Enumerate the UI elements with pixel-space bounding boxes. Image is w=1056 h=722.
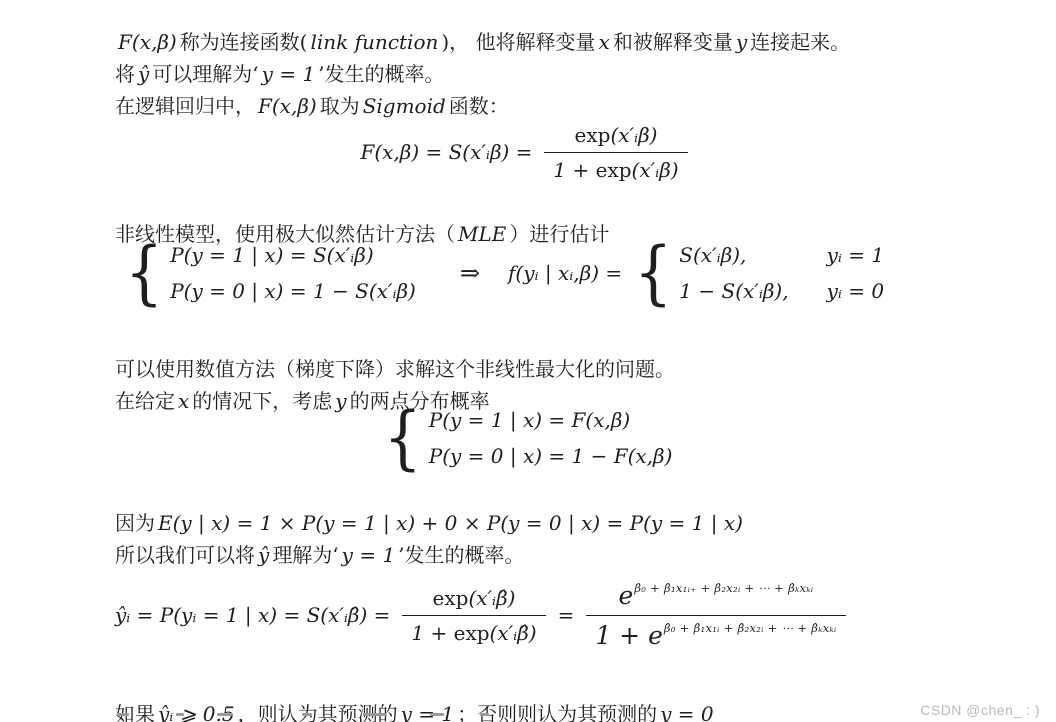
formula-prediction: ŷᵢ = P(yᵢ = 1 | x) = S(x′ᵢβ̂) = exp(x′ᵢβ… <box>115 562 854 668</box>
fraction-exp: exp(x′ᵢβ̂) 1 + exp(x′ᵢβ̂) <box>402 586 545 645</box>
clipped-line-fragments <box>115 713 675 719</box>
numerator: eβ̂₀ + β̂₁x₁ᵢ₊ + β̂₂x₂ᵢ + ⋯ + β̂ₖxₖᵢ <box>610 581 823 615</box>
paragraph-expectation: 因为E(y | x) = 1 × P(y = 1 | x) + 0 × P(y … <box>115 507 746 536</box>
exp-argument: (x′ᵢβ) <box>610 123 657 147</box>
case-expression: 1 − S(x′ᵢβ), <box>679 277 788 305</box>
exp-operator: exp <box>433 586 469 610</box>
cases-grid: S(x′ᵢβ), yᵢ = 1 1 − S(x′ᵢβ), yᵢ = 0 <box>679 241 884 305</box>
equals-sign: = <box>558 603 575 627</box>
text-fragment <box>302 713 312 716</box>
text-fragment <box>430 713 444 716</box>
math-F-x-beta: F(x,β) <box>118 30 177 54</box>
exp-argument: (x′ᵢβ̂) <box>468 586 515 610</box>
fraction-e-power: eβ̂₀ + β̂₁x₁ᵢ₊ + β̂₂x₂ᵢ + ⋯ + β̂ₖxₖᵢ 1 +… <box>586 581 845 650</box>
cases-right: { S(x′ᵢβ), yᵢ = 1 1 − S(x′ᵢβ), yᵢ = 0 <box>634 241 884 305</box>
math-y-equals-1: y = 1 <box>262 62 316 86</box>
text-run: 称为连接函数( <box>180 30 308 54</box>
numerator: exp(x′ᵢβ̂) <box>424 586 525 615</box>
implies-arrow: ⇒ <box>460 259 480 287</box>
density-lhs: f(yᵢ | xᵢ,β) = <box>508 261 622 285</box>
case-row: P(y = 1 | x) = S(x′ᵢβ) <box>170 241 416 269</box>
left-brace: { <box>384 407 422 469</box>
text-run: )， 他将解释变量 <box>441 30 595 54</box>
text-run: 因为 <box>115 511 155 535</box>
text-run: 将 <box>115 62 135 86</box>
paragraph-yhat-probability: 将ŷ可以理解为‘y = 1’发生的概率。 <box>115 58 445 87</box>
case-row: P(y = 0 | x) = 1 − F(x,β) <box>429 442 673 470</box>
case-expression: S(x′ᵢβ), <box>679 241 788 269</box>
formula-sigmoid: F(x,β) = S(x′ᵢβ) = exp(x′ᵢβ) 1 + exp(x′ᵢ… <box>0 112 1056 192</box>
exp-operator: exp <box>454 621 490 645</box>
case-row: P(y = 0 | x) = 1 − S(x′ᵢβ) <box>170 277 416 305</box>
case-condition: yᵢ = 1 <box>827 241 885 269</box>
exponent: β̂₀ + β̂₁x₁ᵢ + β̂₂x₂ᵢ + ⋯ + β̂ₖxₖᵢ <box>664 621 837 635</box>
math-link-function: link function <box>311 30 439 54</box>
exp-argument: (x′ᵢβ) <box>632 158 679 182</box>
math-y: y <box>736 30 747 54</box>
math-yhat: ŷ <box>138 62 149 86</box>
denominator: 1 + eβ̂₀ + β̂₁x₁ᵢ + β̂₂x₂ᵢ + ⋯ + β̂ₖxₖᵢ <box>586 615 845 650</box>
math-x: x <box>599 30 610 54</box>
text-run: ’发生的概率。 <box>318 62 444 86</box>
math-y-equals-0: y = 0 <box>660 702 714 722</box>
exp-operator: exp <box>575 123 611 147</box>
exp-argument: (x′ᵢβ̂) <box>490 621 537 645</box>
csdn-watermark: CSDN @chen_ : ) <box>920 702 1040 718</box>
e-base: e <box>619 581 634 610</box>
text-fragment <box>217 713 233 716</box>
case-row: P(y = 1 | x) = F(x,β) <box>429 406 673 434</box>
left-brace: { <box>634 242 672 304</box>
text-fragment <box>363 713 387 716</box>
fraction: exp(x′ᵢβ) 1 + exp(x′ᵢβ) <box>544 123 687 182</box>
cases-rows: P(y = 1 | x) = F(x,β) P(y = 0 | x) = 1 −… <box>429 406 673 470</box>
text-run: 可以理解为‘ <box>152 62 258 86</box>
den-prefix: 1 + <box>553 158 595 182</box>
text-run: 连接起来。 <box>750 30 850 54</box>
exp-operator: exp <box>596 158 632 182</box>
text-run: 和被解释变量 <box>613 30 733 54</box>
formula-lhs: ŷᵢ = P(yᵢ = 1 | x) = S(x′ᵢβ̂) = <box>115 603 390 627</box>
text-fragment <box>480 713 489 716</box>
document-page: F(x,β)称为连接函数(link function)， 他将解释变量x和被解释… <box>0 0 1056 722</box>
text-run: 可以使用数值方法（梯度下降）求解这个非线性最大化的问题。 <box>115 357 675 381</box>
e-base: 1 + e <box>595 621 663 650</box>
cases-left: { P(y = 1 | x) = S(x′ᵢβ) P(y = 0 | x) = … <box>125 241 416 305</box>
left-brace: { <box>125 242 163 304</box>
formula-two-point-distribution: { P(y = 1 | x) = F(x,β) P(y = 0 | x) = 1… <box>0 400 1056 476</box>
formula-cases-implication: { P(y = 1 | x) = S(x′ᵢβ) P(y = 0 | x) = … <box>125 241 884 305</box>
cases-rows: P(y = 1 | x) = S(x′ᵢβ) P(y = 0 | x) = 1 … <box>170 241 416 305</box>
denominator: 1 + exp(x′ᵢβ̂) <box>402 615 545 645</box>
numerator: exp(x′ᵢβ) <box>566 123 667 152</box>
math-expectation: E(y | x) = 1 × P(y = 1 | x) + 0 × P(y = … <box>158 511 743 535</box>
text-fragment <box>176 713 184 716</box>
paragraph-gradient-descent: 可以使用数值方法（梯度下降）求解这个非线性最大化的问题。 <box>115 353 675 382</box>
exponent: β̂₀ + β̂₁x₁ᵢ₊ + β̂₂x₂ᵢ + ⋯ + β̂ₖxₖᵢ <box>634 581 813 595</box>
case-condition: yᵢ = 0 <box>827 277 885 305</box>
paragraph-link-function: F(x,β)称为连接函数(link function)， 他将解释变量x和被解释… <box>115 26 850 55</box>
denominator: 1 + exp(x′ᵢβ) <box>544 152 687 182</box>
formula-lhs: F(x,β) = S(x′ᵢβ) = <box>360 140 532 164</box>
text-fragment <box>117 713 129 716</box>
cases: { P(y = 1 | x) = F(x,β) P(y = 0 | x) = 1… <box>384 406 673 470</box>
den-prefix: 1 + <box>411 621 453 645</box>
